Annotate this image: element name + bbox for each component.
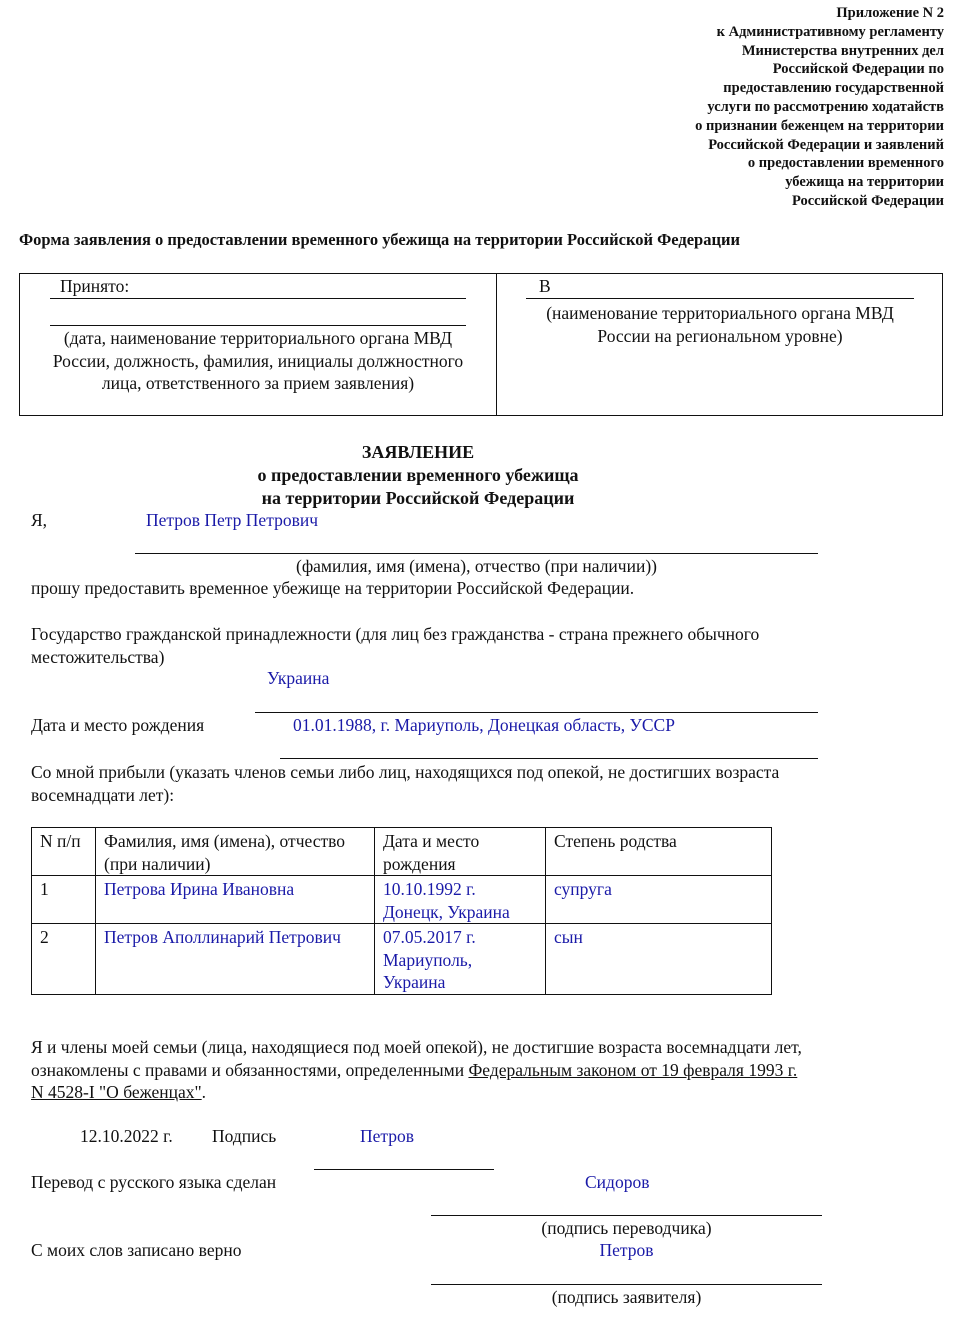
appendix-line: Российской Федерации и заявлений [614, 136, 944, 155]
citizenship-value[interactable]: Украина [267, 668, 329, 689]
acknowledgement-end: . [202, 1082, 206, 1102]
member-relation[interactable]: сын [546, 924, 772, 995]
column-header: Дата и место рождения [375, 828, 546, 876]
member-name[interactable]: Петров Аполлинарий Петрович [96, 924, 375, 995]
appendix-line: к Административному регламенту [614, 23, 944, 42]
appendix-line: Российской Федерации по [614, 60, 944, 79]
applicant-signature-value[interactable]: Петров [431, 1240, 822, 1261]
statement-subtitle-1: о предоставлении временного убежища [0, 464, 836, 487]
birth-value[interactable]: 01.01.1988, г. Мариуполь, Донецкая облас… [293, 715, 675, 736]
accepted-line-2[interactable] [50, 325, 466, 326]
appendix-line: предоставлению государственной [614, 79, 944, 98]
translator-value[interactable]: Сидоров [585, 1172, 649, 1193]
translation-label: Перевод с русского языка сделан [31, 1172, 276, 1193]
table-row: 2 Петров Аполлинарий Петрович 07.05.2017… [32, 924, 772, 995]
appendix-line: о предоставлении временного [614, 154, 944, 173]
applicant-signature-line [431, 1284, 822, 1285]
column-header: Степень родства [546, 828, 772, 876]
family-members-table: N п/п Фамилия, имя (имена), отчество (пр… [31, 827, 772, 995]
accepted-caption: (дата, наименование территориального орг… [50, 327, 466, 395]
box-divider [496, 274, 497, 415]
to-line[interactable] [526, 298, 914, 299]
accepted-line-1[interactable] [50, 298, 466, 299]
row-number: 1 [32, 876, 96, 924]
table-header-row: N п/п Фамилия, имя (имена), отчество (пр… [32, 828, 772, 876]
to-caption: (наименование территориального органа МВ… [526, 302, 914, 348]
applicant-prefix: Я, [31, 510, 47, 531]
row-number: 2 [32, 924, 96, 995]
applicant-signature-caption: (подпись заявителя) [431, 1287, 822, 1308]
appendix-line: Российской Федерации [614, 192, 944, 211]
accompanying-label: Со мной прибыли (указать членов семьи ли… [31, 761, 821, 807]
member-birth[interactable]: 07.05.2017 г. Мариуполь, Украина [375, 924, 546, 995]
citizenship-line [255, 712, 818, 713]
reception-box: Принято: (дата, наименование территориал… [19, 273, 943, 416]
signature-label: Подпись [212, 1126, 276, 1147]
table-row: 1 Петрова Ирина Ивановна 10.10.1992 г. Д… [32, 876, 772, 924]
applicant-name-line [135, 553, 818, 554]
translator-line [431, 1215, 822, 1216]
request-text: прошу предоставить временное убежище на … [31, 578, 634, 599]
accepted-label: Принято: [60, 276, 129, 297]
member-name[interactable]: Петрова Ирина Ивановна [96, 876, 375, 924]
appendix-line: услуги по рассмотрению ходатайств [614, 98, 944, 117]
appendix-line: убежища на территории [614, 173, 944, 192]
applicant-name[interactable]: Петров Петр Петрович [146, 510, 318, 531]
column-header: Фамилия, имя (имена), отчество (при нали… [96, 828, 375, 876]
form-title: Форма заявления о предоставлении временн… [19, 230, 740, 250]
signature-date: 12.10.2022 г. [80, 1126, 173, 1147]
statement-subtitle-2: на территории Российской Федерации [0, 487, 836, 510]
translator-caption: (подпись переводчика) [431, 1218, 822, 1239]
appendix-line: о признании беженцем на территории [614, 117, 944, 136]
statement-title: ЗАЯВЛЕНИЕ [0, 441, 836, 464]
appendix-line: Министерства внутренних дел [614, 42, 944, 61]
acknowledgement-text: Я и члены моей семьи (лица, находящиеся … [31, 1036, 811, 1104]
verification-label: С моих слов записано верно [31, 1240, 241, 1261]
member-relation[interactable]: супруга [546, 876, 772, 924]
signature-line [314, 1169, 494, 1170]
birth-label: Дата и место рождения [31, 715, 204, 736]
appendix-header: Приложение N 2 к Административному регла… [614, 4, 944, 211]
appendix-line: Приложение N 2 [614, 4, 944, 23]
citizenship-label: Государство гражданской принадлежности (… [31, 623, 821, 669]
column-header: N п/п [32, 828, 96, 876]
statement-heading: ЗАЯВЛЕНИЕ о предоставлении временного уб… [0, 441, 836, 510]
member-birth[interactable]: 10.10.1992 г. Донецк, Украина [375, 876, 546, 924]
signature-value[interactable]: Петров [360, 1126, 414, 1147]
applicant-name-caption: (фамилия, имя (имена), отчество (при нал… [135, 556, 818, 577]
birth-line [280, 758, 818, 759]
to-label: В [539, 276, 551, 297]
